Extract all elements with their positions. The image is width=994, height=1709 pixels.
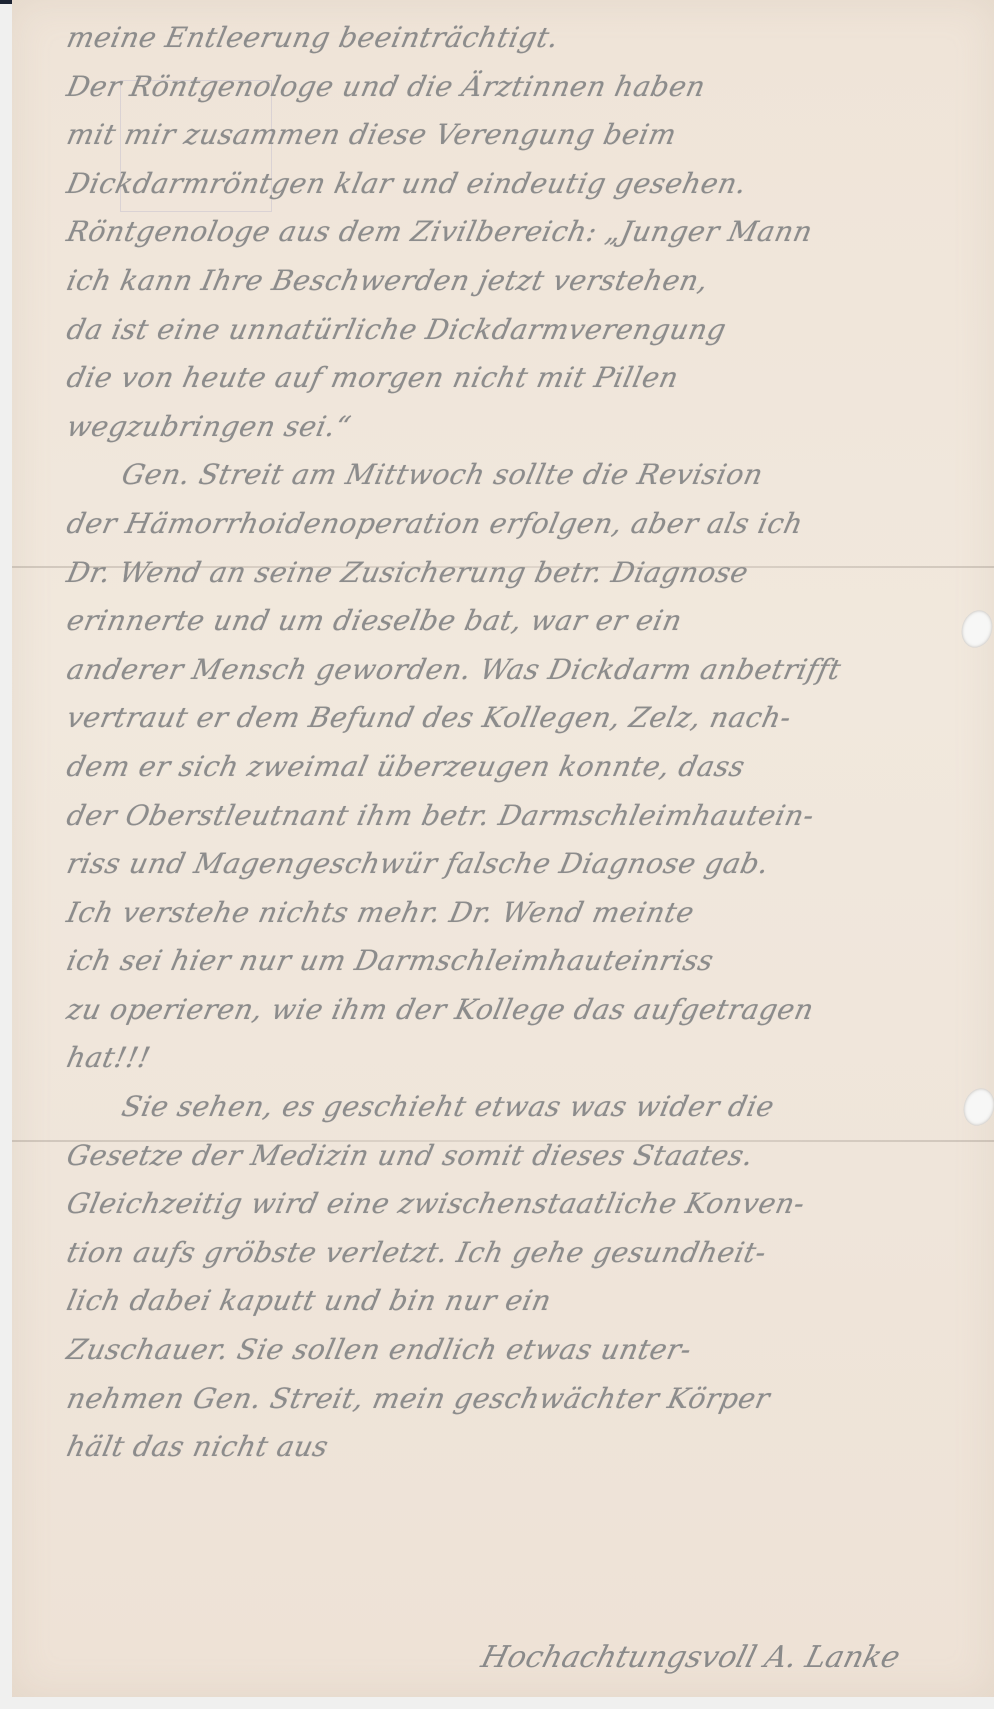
- text-line: riss und Magengeschwür falsche Diagnose …: [62, 840, 992, 889]
- text-line: Röntgenologe aus dem Zivilbereich: „Jung…: [62, 208, 992, 257]
- text-line: dem er sich zweimal überzeugen konnte, d…: [62, 743, 992, 792]
- text-line: hat!!!: [62, 1034, 992, 1083]
- scan-edge: [0, 0, 12, 4]
- text-line: wegzubringen sei.“: [62, 403, 992, 452]
- text-line: ich sei hier nur um Darmschleimhauteinri…: [62, 937, 992, 986]
- text-line: Zuschauer. Sie sollen endlich etwas unte…: [62, 1326, 992, 1375]
- text-line: Dr. Wend an seine Zusicherung betr. Diag…: [62, 549, 992, 598]
- text-line: Ich verstehe nichts mehr. Dr. Wend meint…: [62, 889, 992, 938]
- text-line: anderer Mensch geworden. Was Dickdarm an…: [62, 646, 992, 695]
- text-line: die von heute auf morgen nicht mit Pille…: [62, 354, 992, 403]
- text-line: zu operieren, wie ihm der Kollege das au…: [62, 986, 992, 1035]
- text-line: der Oberstleutnant ihm betr. Darmschleim…: [62, 792, 992, 841]
- text-line: der Hämorrhoidenoperation erfolgen, aber…: [62, 500, 992, 549]
- text-line: vertraut er dem Befund des Kollegen, Zel…: [62, 694, 992, 743]
- letter-page: meine Entleerung beeinträchtigt. Der Rön…: [12, 0, 994, 1697]
- text-line-paragraph-start: Sie sehen, es geschieht etwas was wider …: [62, 1083, 992, 1132]
- text-line: ich kann Ihre Beschwerden jetzt verstehe…: [62, 257, 992, 306]
- text-line-paragraph-start: Gen. Streit am Mittwoch sollte die Revis…: [62, 451, 992, 500]
- text-line: Gesetze der Medizin und somit dieses Sta…: [62, 1132, 992, 1181]
- text-line: lich dabei kaputt und bin nur ein: [62, 1277, 992, 1326]
- text-line: da ist eine unnatürliche Dickdarmverengu…: [62, 306, 992, 355]
- text-line: hält das nicht aus: [62, 1423, 992, 1472]
- letter-body: meine Entleerung beeinträchtigt. Der Rön…: [62, 14, 982, 1472]
- text-line: Dickdarmröntgen klar und eindeutig geseh…: [62, 160, 992, 209]
- text-line: meine Entleerung beeinträchtigt.: [62, 14, 992, 63]
- text-line: mit mir zusammen diese Verengung beim: [62, 111, 992, 160]
- signature: Hochachtungsvoll A. Lanke: [478, 1640, 904, 1675]
- text-line: nehmen Gen. Streit, mein geschwächter Kö…: [62, 1375, 992, 1424]
- text-line: Gleichzeitig wird eine zwischenstaatlich…: [62, 1180, 992, 1229]
- text-line: tion aufs gröbste verletzt. Ich gehe ges…: [62, 1229, 992, 1278]
- text-line: erinnerte und um dieselbe bat, war er ei…: [62, 597, 992, 646]
- text-line: Der Röntgenologe und die Ärztinnen haben: [62, 63, 992, 112]
